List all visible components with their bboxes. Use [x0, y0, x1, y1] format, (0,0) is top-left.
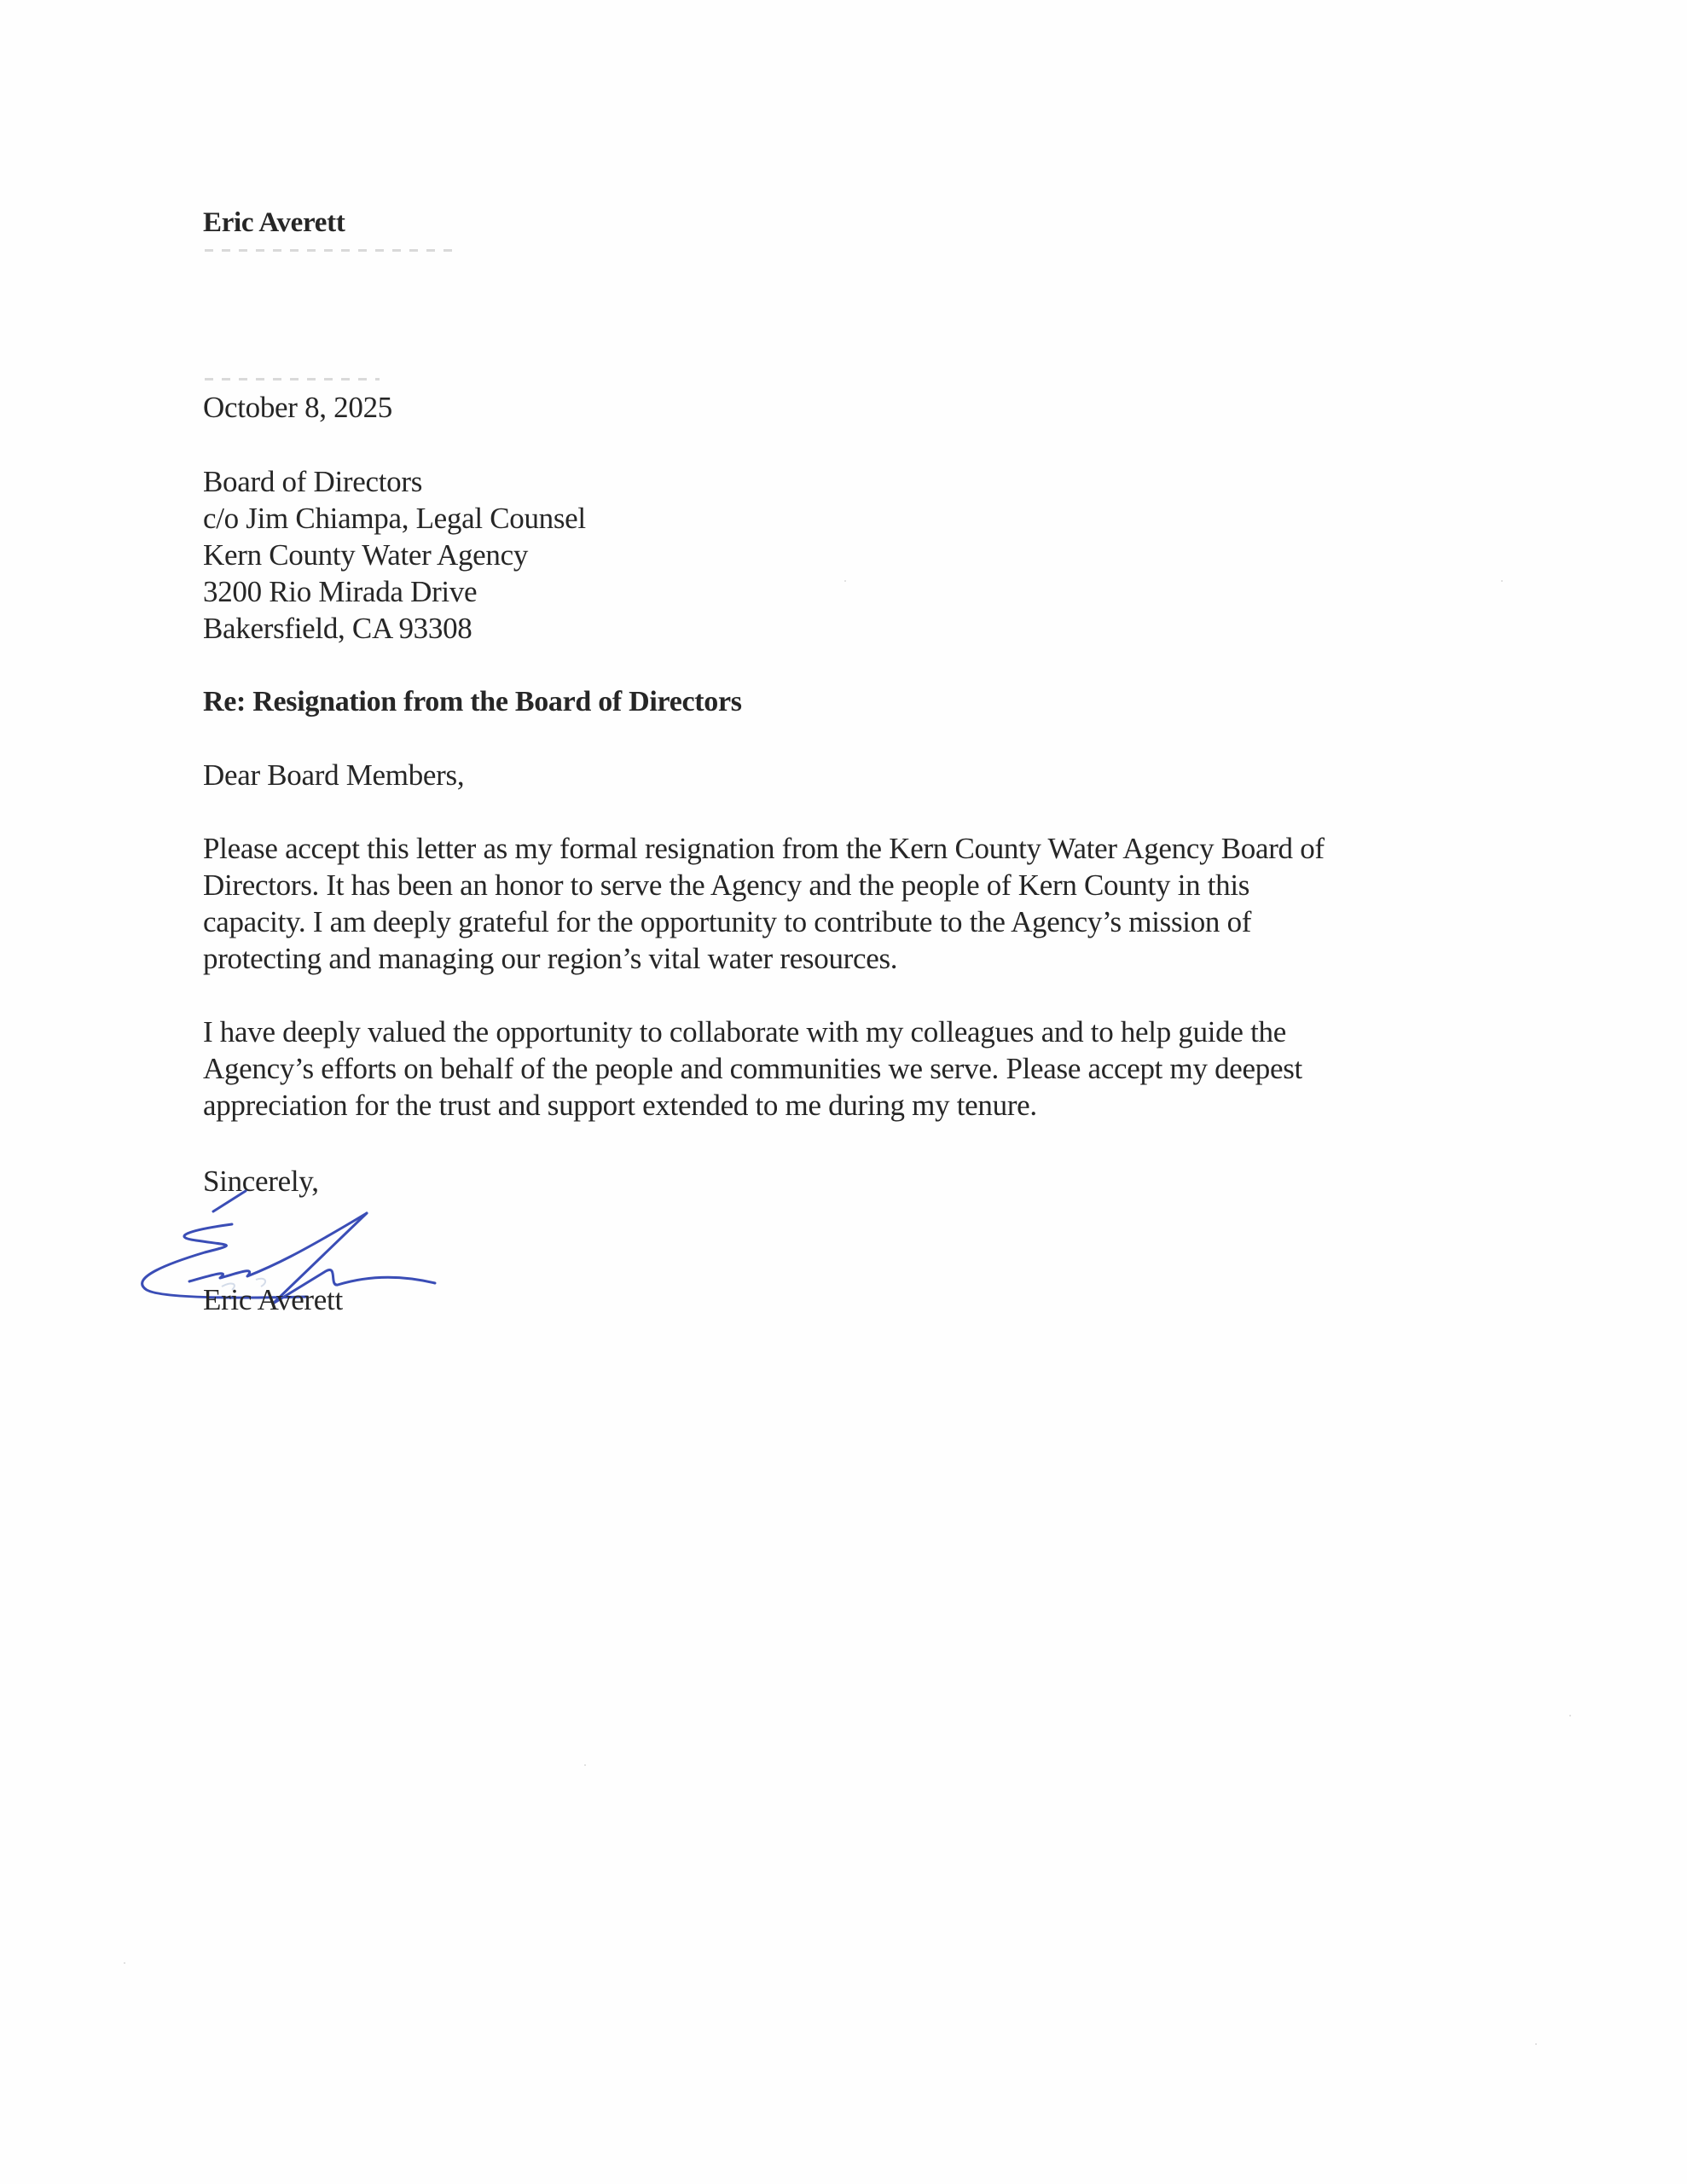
- redacted-sender-address-line: [205, 249, 461, 252]
- recipient-line: Board of Directors: [203, 463, 422, 500]
- recipient-line: Bakersfield, CA 93308: [203, 610, 472, 647]
- body-line: Please accept this letter as my formal r…: [203, 830, 1325, 867]
- scan-speck: [584, 1764, 586, 1766]
- salutation: Dear Board Members,: [203, 757, 464, 793]
- body-line: protecting and managing our region’s vit…: [203, 940, 897, 977]
- scan-speck: [124, 1962, 125, 1964]
- body-line: Directors. It has been an honor to serve…: [203, 867, 1249, 903]
- body-line: capacity. I am deeply grateful for the o…: [203, 903, 1251, 940]
- body-line: Agency’s efforts on behalf of the people…: [203, 1050, 1302, 1087]
- body-line: I have deeply valued the opportunity to …: [203, 1014, 1286, 1050]
- redacted-sender-contact-line: [205, 378, 380, 380]
- scan-speck: [844, 580, 846, 582]
- body-line: appreciation for the trust and support e…: [203, 1087, 1037, 1124]
- scan-speck: [1535, 2043, 1537, 2045]
- letter-page: Eric Averett October 8, 2025 Board of Di…: [0, 0, 1687, 2184]
- printed-signature-name: Eric Averett: [203, 1281, 343, 1318]
- sender-name: Eric Averett: [203, 205, 345, 241]
- scan-speck: [1501, 580, 1503, 582]
- recipient-line: 3200 Rio Mirada Drive: [203, 573, 477, 610]
- letter-date: October 8, 2025: [203, 389, 392, 426]
- recipient-line: c/o Jim Chiampa, Legal Counsel: [203, 500, 586, 537]
- recipient-line: Kern County Water Agency: [203, 537, 528, 573]
- scan-speck: [1569, 1715, 1571, 1716]
- subject-line: Re: Resignation from the Board of Direct…: [203, 683, 742, 720]
